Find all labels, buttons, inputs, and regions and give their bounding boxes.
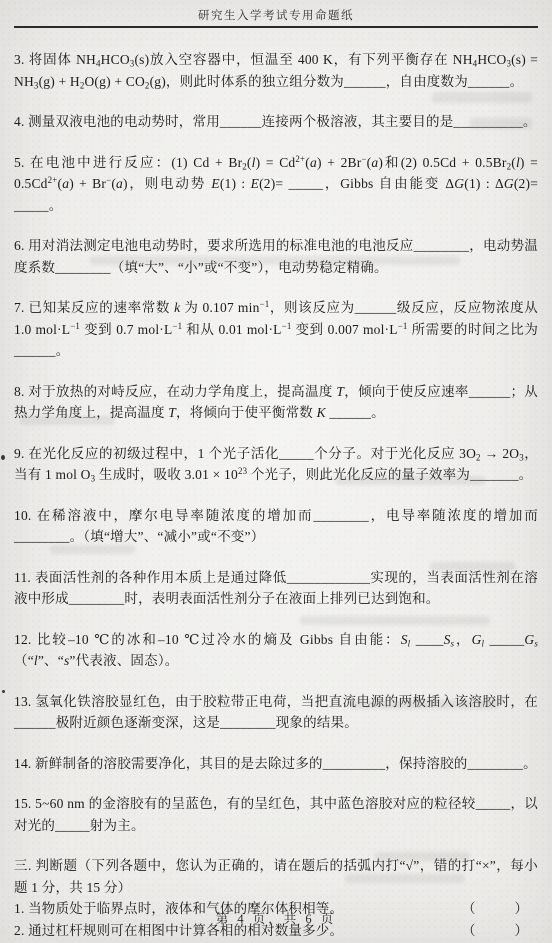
- page-title: 研究生入学考试专用命题纸: [14, 7, 538, 23]
- fill-in-blank-questions: 3. 将固体 NH4HCO3(s)放入空容器中，恒温至 400 K，有下列平衡存…: [14, 49, 538, 941]
- exam-paper-page: 研究生入学考试专用命题纸 3. 将固体 NH4HCO3(s)放入空容器中，恒温至…: [0, 0, 552, 943]
- question-6: 6. 用对消法测定电池电动势时，要求所选用的标准电池的电池反应________，…: [14, 235, 538, 278]
- question-7: 7. 已知某反应的速率常数 k 为 0.107 min−1，则该反应为_____…: [14, 297, 538, 362]
- question-10: 10. 在稀溶液中，摩尔电导率随浓度的增加而________，电导率随浓度的增加…: [14, 505, 538, 548]
- header-divider-line: [14, 26, 538, 28]
- question-9: 9. 在光化反应的初级过程中，1 个光子活化_____个分子。对于光化反应 3O…: [14, 443, 538, 486]
- question-13: 13. 氢氧化铁溶胶显红色，由于胶粒带正电荷，当把直流电源的两极插入该溶胶时，在…: [14, 691, 538, 734]
- question-8: 8. 对于放热的对峙反应，在动力学角度上，提高温度 T，倾向于使反应速率____…: [14, 381, 538, 424]
- question-3: 3. 将固体 NH4HCO3(s)放入空容器中，恒温至 400 K，有下列平衡存…: [14, 49, 538, 92]
- question-5: 5. 在电池中进行反应：(1) Cd + Br2(l) = Cd2+(a) + …: [14, 152, 538, 217]
- question-15: 15. 5~60 nm 的金溶胶有的呈蓝色，有的呈红色，其中蓝色溶胶对应的粒径较…: [14, 793, 538, 836]
- page-footer: 第 4 页，共 6 页: [0, 909, 552, 927]
- judgment-section-heading: 三. 判断题（下列各题中，您认为正确的，请在题后的括弧内打“√”，错的打“×”，…: [14, 855, 538, 898]
- question-12: 12. 比较–10 ℃的冰和–10 ℃过冷水的熵及 Gibbs 自由能：Sl _…: [14, 629, 538, 672]
- page-number: 第 4 页，共 6 页: [216, 912, 337, 926]
- page-header: 研究生入学考试专用命题纸: [14, 7, 538, 28]
- question-14: 14. 新鲜制备的溶胶需要净化，其目的是去除过多的_________，保持溶胶的…: [14, 753, 538, 775]
- judgment-section: 三. 判断题（下列各题中，您认为正确的，请在题后的括弧内打“√”，错的打“×”，…: [14, 855, 538, 941]
- question-11: 11. 表面活性剂的各种作用本质上是通过降低____________实现的，当表…: [14, 567, 538, 610]
- question-4: 4. 测量双液电池的电动势时，常用______连接两个极溶液，其主要目的是___…: [14, 111, 538, 133]
